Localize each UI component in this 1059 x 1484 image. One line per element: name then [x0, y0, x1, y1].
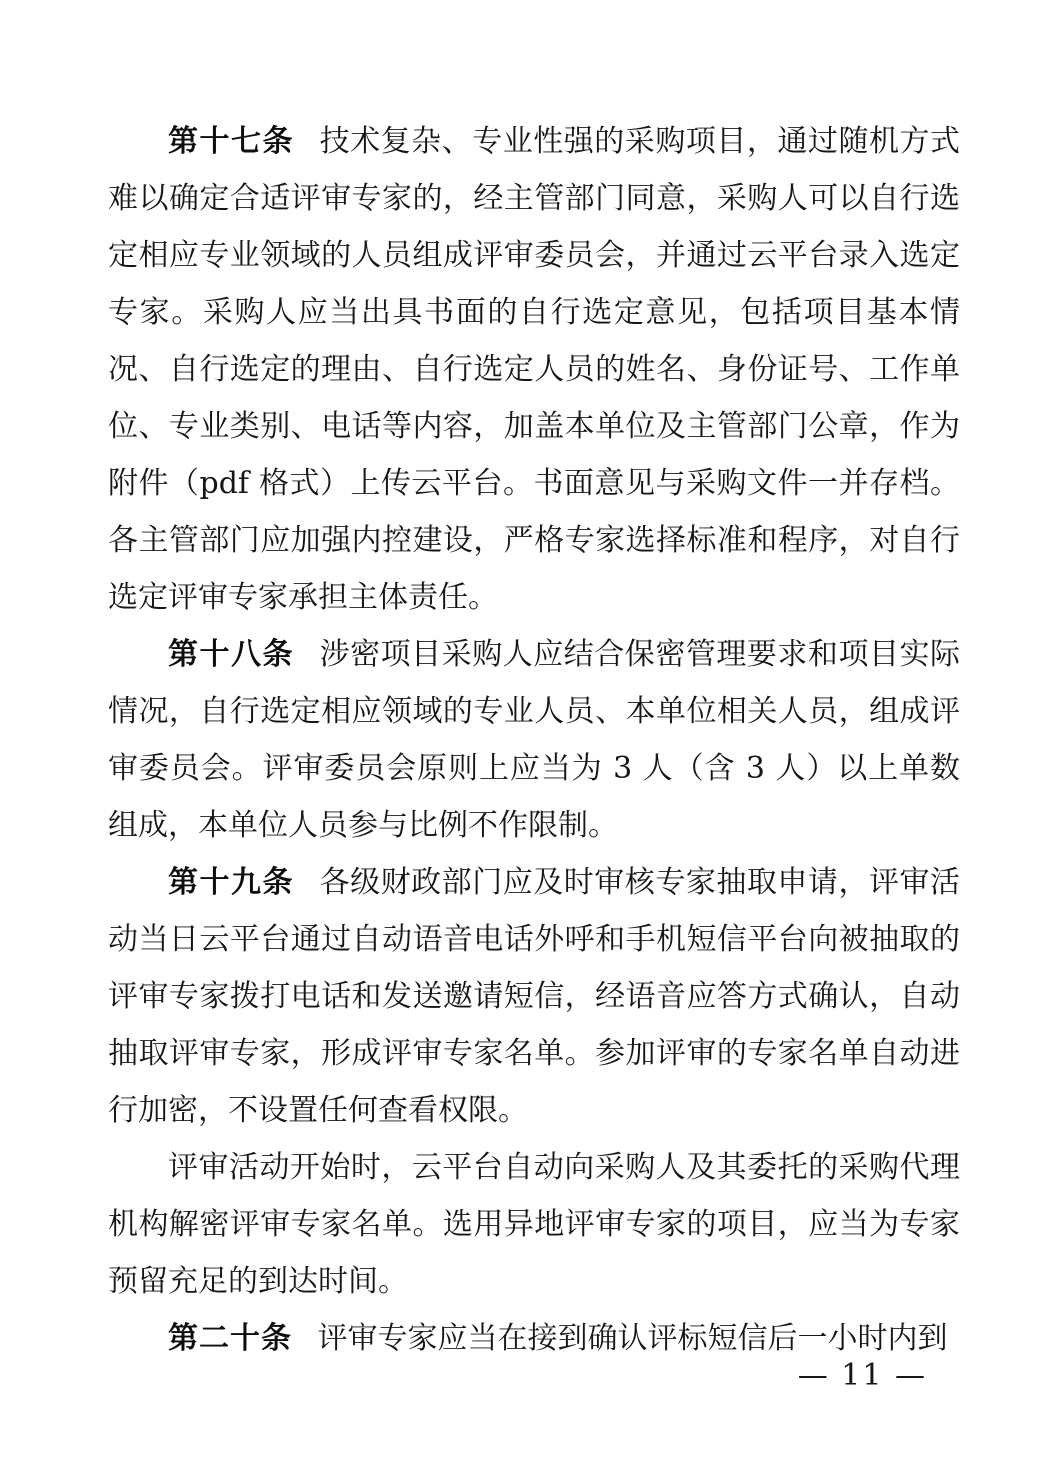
article-19-number: 第十九条: [168, 865, 294, 900]
article-18-number: 第十八条: [168, 637, 294, 672]
document-page: 第十七条技术复杂、专业性强的采购项目，通过随机方式难以确定合适评审专家的，经主管…: [0, 0, 1059, 1484]
paragraph-4-text: 评审活动开始时，云平台自动向采购人及其委托的采购代理机构解密评审专家名单。选用异…: [108, 1150, 960, 1299]
paragraph-article-19-continued: 评审活动开始时，云平台自动向采购人及其委托的采购代理机构解密评审专家名单。选用异…: [108, 1139, 960, 1310]
document-body: 第十七条技术复杂、专业性强的采购项目，通过随机方式难以确定合适评审专家的，经主管…: [108, 113, 960, 1367]
article-19-text: 各级财政部门应及时审核专家抽取申请，评审活动当日云平台通过自动语音电话外呼和手机…: [108, 865, 960, 1128]
paragraph-article-19: 第十九条各级财政部门应及时审核专家抽取申请，评审活动当日云平台通过自动语音电话外…: [108, 854, 960, 1139]
paragraph-article-18: 第十八条涉密项目采购人应结合保密管理要求和项目实际情况，自行选定相应领域的专业人…: [108, 626, 960, 854]
page-number: — 11 —: [798, 1358, 927, 1393]
page-footer: — 11 —: [798, 1358, 927, 1394]
article-20-text: 评审专家应当在接到确认评标短信后一小时内到: [318, 1321, 948, 1356]
paragraph-article-17: 第十七条技术复杂、专业性强的采购项目，通过随机方式难以确定合适评审专家的，经主管…: [108, 113, 960, 626]
article-17-number: 第十七条: [168, 124, 294, 159]
article-17-text: 技术复杂、专业性强的采购项目，通过随机方式难以确定合适评审专家的，经主管部门同意…: [108, 124, 960, 615]
article-20-number: 第二十条: [168, 1321, 292, 1356]
